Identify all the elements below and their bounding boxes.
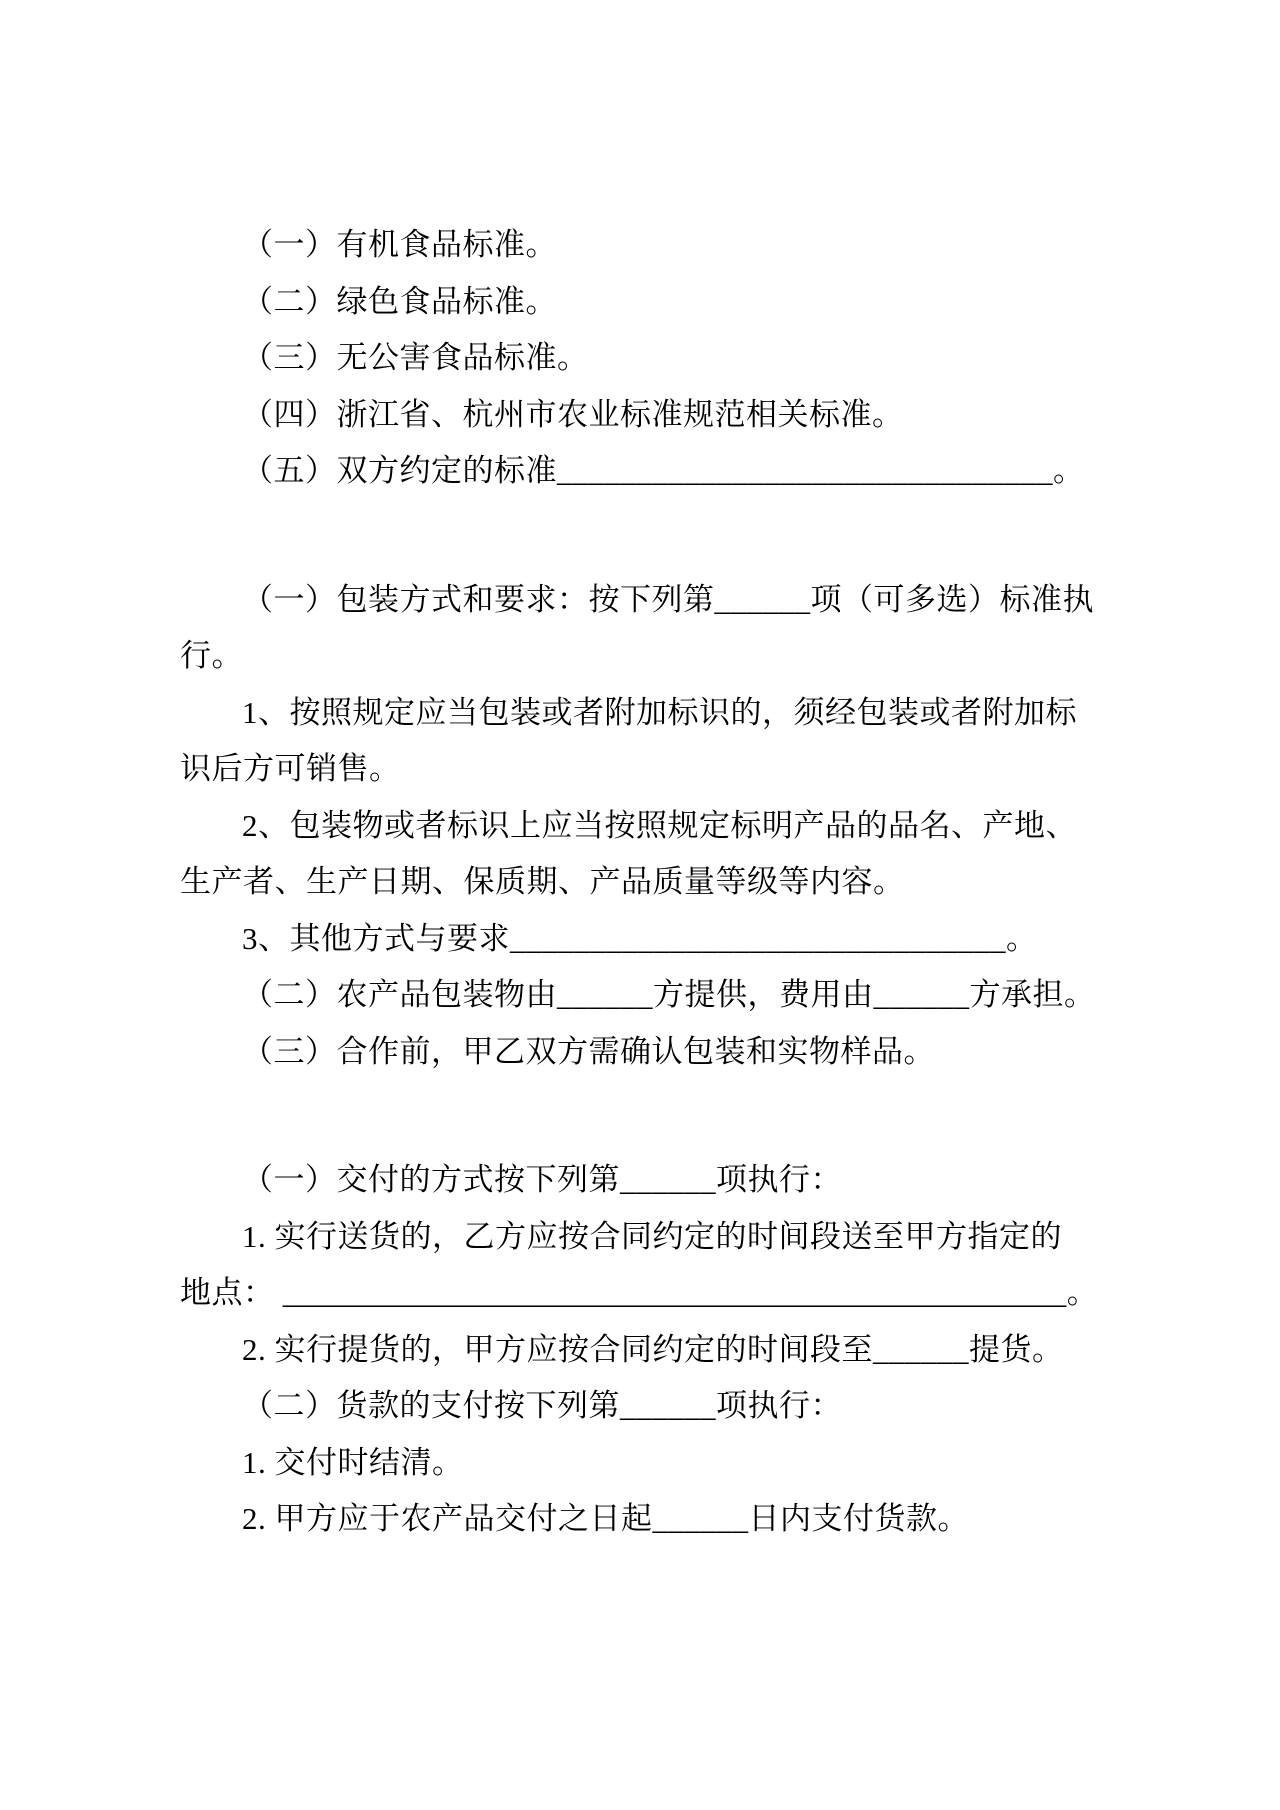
contract-line-standard-1: （一）有机食品标准。 (180, 217, 1130, 274)
contract-line-packaging-item-1: 1、按照规定应当包装或者附加标识的，须经包装或者附加标 (180, 685, 1130, 742)
contract-line-payment-item-1: 1. 交付时结清。 (180, 1435, 1130, 1492)
contract-line-standard-2: （二）绿色食品标准。 (180, 274, 1130, 331)
contract-line-delivery-clause-1: （一）交付的方式按下列第______项执行： (180, 1152, 1130, 1209)
document-page: （一）有机食品标准。 （二）绿色食品标准。 （三）无公害食品标准。 （四）浙江省… (0, 0, 1280, 1810)
contract-line-standard-4: （四）浙江省、杭州市农业标准规范相关标准。 (180, 387, 1130, 444)
document-body: （一）有机食品标准。 （二）绿色食品标准。 （三）无公害食品标准。 （四）浙江省… (180, 217, 1130, 1548)
contract-line-packaging-item-1-cont: 识后方可销售。 (180, 741, 1130, 798)
contract-line-payment-item-2: 2. 甲方应于农产品交付之日起______日内支付货款。 (180, 1491, 1130, 1548)
contract-line-packaging-clause-3: （三）合作前，甲乙双方需确认包装和实物样品。 (180, 1024, 1130, 1081)
contract-line-payment-clause: （二）货款的支付按下列第______项执行： (180, 1378, 1130, 1435)
contract-line-standard-5-blank: （五）双方约定的标准______________________________… (180, 443, 1130, 500)
contract-line-packaging-item-2-cont: 生产者、生产日期、保质期、产品质量等级等内容。 (180, 854, 1130, 911)
contract-line-packaging-item-3-blank: 3、其他方式与要求_______________________________… (180, 911, 1130, 968)
contract-line-packaging-item-2: 2、包装物或者标识上应当按照规定标明产品的品名、产地、 (180, 798, 1130, 855)
contract-line-delivery-item-2: 2. 实行提货的，甲方应按合同约定的时间段至______提货。 (180, 1322, 1130, 1379)
contract-line-standard-3: （三）无公害食品标准。 (180, 330, 1130, 387)
contract-line-delivery-item-1-cont-blank: 地点： ____________________________________… (180, 1265, 1130, 1322)
contract-line-packaging-clause-2: （二）农产品包装物由______方提供，费用由______方承担。 (180, 967, 1130, 1024)
contract-line-delivery-item-1: 1. 实行送货的，乙方应按合同约定的时间段送至甲方指定的 (180, 1209, 1130, 1266)
contract-line-packaging-clause-1: （一）包装方式和要求：按下列第______项（可多选）标准执 (180, 572, 1130, 629)
contract-line-packaging-clause-1-cont: 行。 (180, 628, 1130, 685)
